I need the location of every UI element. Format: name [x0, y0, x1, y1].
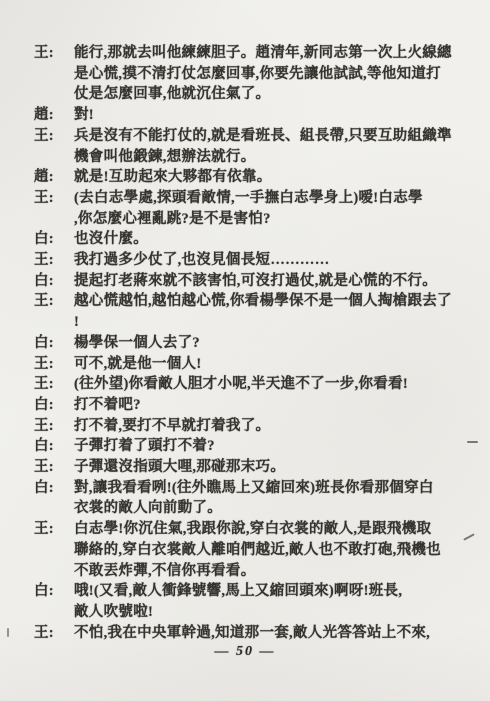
dialogue-line: 白:打不着吧?	[34, 395, 470, 416]
scan-artifact-speck	[7, 628, 9, 637]
dialogue-line: 趙:對!	[34, 105, 470, 126]
dialogue-text: 也沒什麼。	[74, 229, 470, 250]
dialogue-line: 王:(往外望)你看敵人胆才小呢,半天進不了一步,你看看!	[34, 374, 470, 395]
dialogue-text: 對,讓我看看咧!(往外瞧馬上又縮回來)班長你看那個穿白	[74, 478, 470, 499]
dialogue-text: (去白志學處,探頭看敵情,一手撫白志學身上)嗳!白志學	[74, 188, 470, 209]
dialogue-line: 敵人吹號啦!	[34, 602, 470, 623]
scan-artifact-dash	[467, 441, 478, 443]
dialogue-line: 王:打不着,要打不早就打着我了。	[34, 416, 470, 437]
dialogue-text: 子彈還沒指頭大哩,那碰那末巧。	[74, 457, 470, 478]
dialogue-text: 是心慌,摸不清打仗怎麼回事,你要先讓他試試,等他知道打	[74, 64, 470, 85]
speaker-name: 王:	[34, 519, 74, 540]
dialogue-line: 白:對,讓我看看咧!(往外瞧馬上又縮回來)班長你看那個穿白	[34, 478, 470, 499]
dialogue-line: 王:不怕,我在中央軍幹過,知道那一套,敵人光答答站上不來,	[34, 623, 470, 644]
speaker-name	[34, 561, 74, 582]
speaker-name	[34, 209, 74, 230]
speaker-name: 白:	[34, 395, 74, 416]
speaker-name	[34, 64, 74, 85]
dialogue-text: 能行,那就去叫他練練胆子。趙清年,新同志第一次上火線總	[74, 43, 470, 64]
speaker-name	[34, 84, 74, 105]
speaker-name: 王:	[34, 126, 74, 147]
dialogue-text: ,你怎麼心裡亂跳?是不是害怕?	[74, 209, 470, 230]
dialogue-text: 哦!(又看,敵人衝鋒號響,馬上又縮回頭來)啊呀!班長,	[74, 581, 470, 602]
dialogue-text: 白志學!你沉住氣,我跟你說,穿白衣裳的敵人,是跟飛機取	[74, 519, 470, 540]
dialogue-line: 王:白志學!你沉住氣,我跟你說,穿白衣裳的敵人,是跟飛機取	[34, 519, 470, 540]
dialogue-line: 王:可不,就是他一個人!	[34, 354, 470, 375]
speaker-name	[34, 540, 74, 561]
speaker-name: 趙:	[34, 105, 74, 126]
dialogue-text: 仗是怎麼回事,他就沉住氣了。	[74, 84, 470, 105]
dialogue-text: 可不,就是他一個人!	[74, 354, 470, 375]
speaker-name	[34, 147, 74, 168]
dialogue-line: 趙:就是!互助起來大夥都有依靠。	[34, 167, 470, 188]
dialogue-text: 越心慌越怕,越怕越心慌,你看楊學保不是一個人掏槍跟去了	[74, 291, 470, 312]
dialogue-line: 白:提起打老蔣來就不該害怕,可沒打過仗,就是心慌的不行。	[34, 271, 470, 292]
dialogue-line: ,你怎麼心裡亂跳?是不是害怕?	[34, 209, 470, 230]
speaker-name: 白:	[34, 271, 74, 292]
dialogue-line: 機會叫他鍛鍊,想辦法就行。	[34, 147, 470, 168]
dialogue-text: 我打過多少仗了,也沒見個長短…………	[74, 250, 470, 271]
speaker-name	[34, 498, 74, 519]
dialogue-text: 楊學保一個人去了?	[74, 333, 470, 354]
dialogue-text: !	[74, 312, 470, 333]
dialogue-text: 就是!互助起來大夥都有依靠。	[74, 167, 470, 188]
dialogue-text: 兵是沒有不能打仗的,就是看班長、組長帶,只要互助組織準	[74, 126, 470, 147]
dialogue-line: 白:哦!(又看,敵人衝鋒號響,馬上又縮回頭來)啊呀!班長,	[34, 581, 470, 602]
dialogue-text: 不怕,我在中央軍幹過,知道那一套,敵人光答答站上不來,	[74, 623, 470, 644]
dialogue-text: 不敢丟炸彈,不信你再看看。	[74, 561, 470, 582]
dialogue-text: 機會叫他鍛鍊,想辦法就行。	[74, 147, 470, 168]
dialogue-text: 打不着吧?	[74, 395, 470, 416]
dialogue-line: !	[34, 312, 470, 333]
speaker-name: 王:	[34, 291, 74, 312]
speaker-name: 趙:	[34, 167, 74, 188]
dialogue-line: 王:(去白志學處,探頭看敵情,一手撫白志學身上)嗳!白志學	[34, 188, 470, 209]
speaker-name: 白:	[34, 229, 74, 250]
dialogue-text: 聯絡的,穿白衣裳敵人離咱們越近,敵人也不敢打砲,飛機也	[74, 540, 470, 561]
dialogue-block: 王:能行,那就去叫他練練胆子。趙清年,新同志第一次上火線總是心慌,摸不清打仗怎麼…	[34, 43, 470, 643]
speaker-name: 白:	[34, 436, 74, 457]
dialogue-line: 王:越心慌越怕,越怕越心慌,你看楊學保不是一個人掏槍跟去了	[34, 291, 470, 312]
dialogue-text: 敵人吹號啦!	[74, 602, 470, 623]
speaker-name: 白:	[34, 333, 74, 354]
dialogue-text: 對!	[74, 105, 470, 126]
speaker-name	[34, 312, 74, 333]
dialogue-text: 子彈打着了頭打不着?	[74, 436, 470, 457]
dialogue-line: 王:子彈還沒指頭大哩,那碰那末巧。	[34, 457, 470, 478]
dialogue-line: 王:我打過多少仗了,也沒見個長短…………	[34, 250, 470, 271]
dialogue-line: 仗是怎麼回事,他就沉住氣了。	[34, 84, 470, 105]
dialogue-text: 提起打老蔣來就不該害怕,可沒打過仗,就是心慌的不行。	[74, 271, 470, 292]
dialogue-line: 衣裳的敵人向前動了。	[34, 498, 470, 519]
dialogue-line: 白:子彈打着了頭打不着?	[34, 436, 470, 457]
dialogue-line: 白:楊學保一個人去了?	[34, 333, 470, 354]
speaker-name: 王:	[34, 623, 74, 644]
speaker-name: 王:	[34, 374, 74, 395]
speaker-name	[34, 602, 74, 623]
speaker-name: 王:	[34, 250, 74, 271]
speaker-name: 王:	[34, 354, 74, 375]
speaker-name: 王:	[34, 43, 74, 64]
dialogue-text: 打不着,要打不早就打着我了。	[74, 416, 470, 437]
dialogue-line: 聯絡的,穿白衣裳敵人離咱們越近,敵人也不敢打砲,飛機也	[34, 540, 470, 561]
speaker-name: 王:	[34, 416, 74, 437]
dialogue-line: 白:也沒什麼。	[34, 229, 470, 250]
dialogue-line: 是心慌,摸不清打仗怎麼回事,你要先讓他試試,等他知道打	[34, 64, 470, 85]
speaker-name: 王:	[34, 188, 74, 209]
dialogue-line: 王:兵是沒有不能打仗的,就是看班長、組長帶,只要互助組織準	[34, 126, 470, 147]
page-number: — 50 —	[0, 644, 490, 660]
dialogue-line: 王:能行,那就去叫他練練胆子。趙清年,新同志第一次上火線總	[34, 43, 470, 64]
speaker-name: 王:	[34, 457, 74, 478]
dialogue-text: (往外望)你看敵人胆才小呢,半天進不了一步,你看看!	[74, 374, 470, 395]
dialogue-line: 不敢丟炸彈,不信你再看看。	[34, 561, 470, 582]
dialogue-text: 衣裳的敵人向前動了。	[74, 498, 470, 519]
scanned-book-page: 王:能行,那就去叫他練練胆子。趙清年,新同志第一次上火線總是心慌,摸不清打仗怎麼…	[0, 0, 490, 701]
speaker-name: 白:	[34, 581, 74, 602]
speaker-name: 白:	[34, 478, 74, 499]
